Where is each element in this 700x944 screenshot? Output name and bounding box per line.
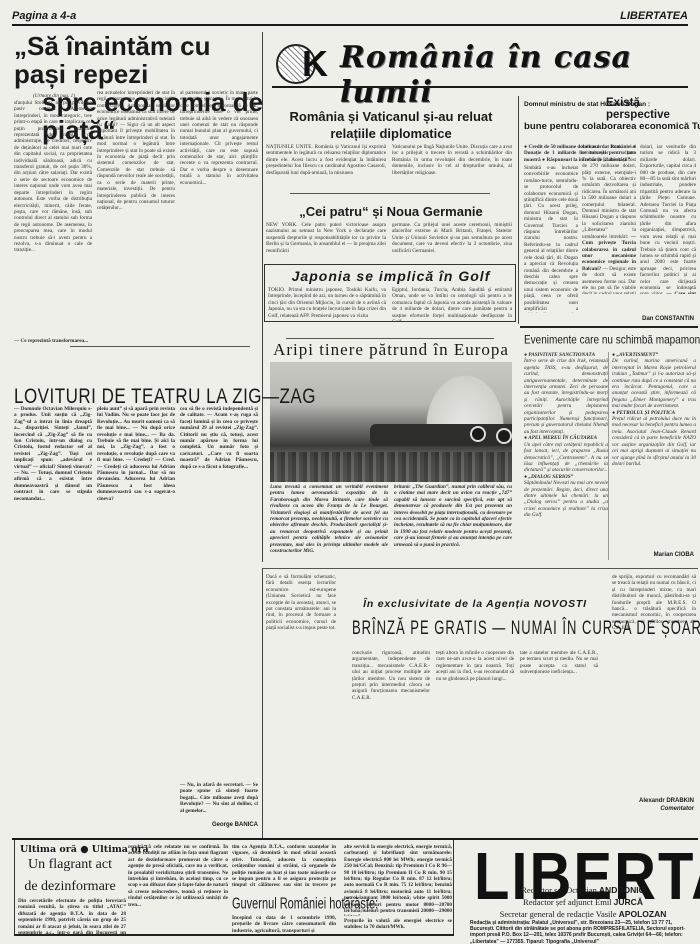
article-column: NAȚIUNILE UNITE. România și Vaticanul îș… xyxy=(266,144,386,186)
engine xyxy=(470,426,486,442)
headline-vatican: România și Vaticanul și-au reluat relați… xyxy=(266,108,516,142)
article-column: de sprijin, exporturi cu recomandări să … xyxy=(612,574,696,786)
column-rule xyxy=(262,568,263,838)
byline: Dan CONSTANTIN xyxy=(642,316,694,322)
credit-last: ANDRONIC xyxy=(599,885,645,895)
divider xyxy=(290,193,490,194)
aircraft-photo xyxy=(270,362,512,482)
article-column: pleiu aunt” și să apară prin revista lui… xyxy=(97,406,175,776)
answer-text: dolari, iar veniturile din turism se rid… xyxy=(640,144,696,294)
article-column: al partenerului sovietic în mare parte e… xyxy=(180,90,258,336)
running-header: LIBERTATEA xyxy=(620,10,688,22)
headline-line: relațiile diplomatice xyxy=(266,125,516,142)
credit-last: JURCĂ xyxy=(614,897,643,907)
bottom-box-frame xyxy=(14,840,454,936)
headline-line: „Să înaintăm cu pași repezi xyxy=(14,32,264,88)
article-column: rea actualelor întreprinderi de stat în … xyxy=(97,90,175,336)
turcia-headline-line2: bune pentru colaborarea economică Turcia… xyxy=(524,121,700,132)
article-column: Simbătă s-au încheiat convorbirile econo… xyxy=(524,165,578,313)
credit-line: Secretar general de redacție Vasile APOL… xyxy=(470,908,696,920)
answer-text: volumul total al schimburilor dintre Tur… xyxy=(582,144,636,240)
news-item-text: Un apel către toți cetățenii republicii … xyxy=(524,442,608,474)
article-column: cea să fie o revistă independentă și de … xyxy=(180,406,258,776)
article-column: TOKIO. Primul ministru japonez, Toshiki … xyxy=(268,287,386,321)
article-column: ● „AVERTISMENT” De curînd, marina americ… xyxy=(612,352,696,550)
page-number: Pagina a 4-a xyxy=(12,10,76,22)
header-rule xyxy=(12,24,688,26)
k-logo-letter: K xyxy=(302,44,328,84)
article-column: germane. Cu prilejul unei aceste ceremon… xyxy=(392,222,512,264)
headline-novosti: BRÎNZĂ PE GRATIS — NUMAI ÎN CURSA DE ȘOA… xyxy=(352,616,612,639)
column-rule xyxy=(262,32,263,562)
engine xyxy=(496,428,512,444)
crowd xyxy=(270,452,512,482)
credit-first: Octavian xyxy=(566,885,597,895)
byline-role: Comentator xyxy=(660,806,694,812)
news-item-text: Prețul ridicat al petrolului duce nu în … xyxy=(612,416,696,467)
article-column: Egiptul, Iordania, Turcia, Arabia Saudit… xyxy=(392,287,512,321)
news-item-text: Într-o serie de crize din Irak, relateaz… xyxy=(524,358,608,435)
imprint: Redacția și administrația: Palatul „Univ… xyxy=(470,920,696,944)
byline: George BANICA xyxy=(180,822,258,828)
credit-line: Redactor șef Octavian ANDRONIC xyxy=(470,884,696,896)
article-column: concluzie riguroasă, atitudini argumenta… xyxy=(352,650,430,836)
credit-line: Redactor șef adjunct Emil JURCĂ xyxy=(470,896,696,908)
article-column: Dacă e să formulăm schematic, fără detal… xyxy=(266,574,336,836)
column-rule xyxy=(608,352,609,560)
divider xyxy=(70,346,250,347)
article-column: dolari, iar veniturile din turism se rid… xyxy=(640,144,696,294)
divider xyxy=(286,338,494,339)
divider xyxy=(262,568,698,569)
article-column: volumul total al schimburilor dintre Tur… xyxy=(582,144,636,294)
banner-rule xyxy=(272,86,688,88)
credit-first: Vasile xyxy=(596,909,617,919)
staff-credits: Redactor șef Octavian ANDRONIC Redactor … xyxy=(470,884,696,920)
headline-line: România și Vaticanul și-au reluat xyxy=(266,108,516,125)
column-rule xyxy=(518,96,519,324)
credit-role: Redactor șef xyxy=(521,885,564,895)
news-item-text: Săptămînalul Novosti nu mai are nevoie d… xyxy=(524,480,608,518)
continuation-note: (Urmare din pag. 1) xyxy=(14,93,94,99)
article-column: — Nu, în afară de secretari. — Se poate … xyxy=(180,782,258,820)
byline: Marian CIOBA xyxy=(654,552,694,558)
headline-aripi: Aripi tinere pătrund în Europa xyxy=(266,340,516,360)
article-column: ● PASIVITATE SANCTIONATĂ Într-o serie de… xyxy=(524,352,608,562)
article-column: tești altora în mîinile o cooperare din … xyxy=(436,650,514,836)
headline-germania: „Cei patru“ și Noua Germanie xyxy=(266,204,516,219)
credit-role: Secretar general de redacție xyxy=(500,909,594,919)
byline: Alexandr DRABKIN xyxy=(639,798,694,804)
headline-evenimente: Evenimente care nu schimbă mapamondul, d… xyxy=(524,334,700,347)
article-question: — Ce reprezintă transformarea... xyxy=(14,338,94,344)
article-column: NEW YORK. Cele patru puteri victorioase … xyxy=(266,222,386,264)
news-item-text: De curînd, marina americană a intercepta… xyxy=(612,358,696,409)
novosti-kicker: În exclusivitate de la Agenția NOVOSTI xyxy=(340,598,610,610)
divider xyxy=(520,326,698,328)
photo-caption: Luna trecută a consemnat un veritabil ev… xyxy=(270,484,388,560)
credit-role: Redactor șef adjunct xyxy=(523,897,593,907)
credit-first: Emil xyxy=(595,897,612,907)
article-column: sfanțului Stolojan, nu pot privilegia pa… xyxy=(14,100,92,336)
photo-caption: britanic „The Guardian”, numai prin cali… xyxy=(394,484,512,560)
credit-last: APOLOZAN xyxy=(619,909,667,919)
article-column: — Domnule Octavian Milerquiu s-a produs.… xyxy=(14,406,92,834)
article-column: tate a statelor membre ale C.A.E.R., pe … xyxy=(520,650,598,836)
article-column: Vaticanului pe lîngă Națiunile Unite. Di… xyxy=(392,144,512,186)
headline-japonia: Japonia se implică în Golf xyxy=(266,268,516,284)
turcia-headline-line1: Există perspective xyxy=(606,97,700,121)
news-item-head: ● APEL MEREU ÎN CĂUTAREA xyxy=(524,435,608,441)
aircraft-wing xyxy=(370,424,512,446)
